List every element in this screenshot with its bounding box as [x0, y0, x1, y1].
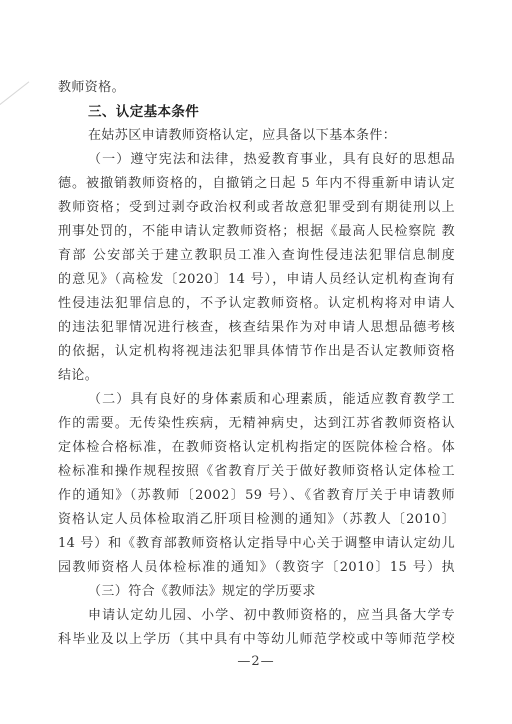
text-line: 性侵违法犯罪信息的，不予认定教师资格。认定机构将对申请人 — [58, 292, 455, 316]
text-line: 定体检合格标准，在教师资格认定机构指定的医院体检合格。体 — [58, 436, 455, 460]
page-number: —2— — [0, 654, 512, 669]
scan-artifact-line — [0, 81, 29, 105]
text-line: 刑事处罚的，不能申请认定教师资格；根据《最高人民检察院 教 — [58, 220, 455, 244]
text-line: 检标准和操作规程按照《省教育厅关于做好教师资格认定体检工 — [58, 460, 455, 484]
text-line: 的违法犯罪情况进行核查，核查结果作为对申请人思想品德考核 — [58, 316, 455, 340]
text-line: 结论。 — [58, 364, 455, 388]
text-line: 14 号）和《教育部教师资格认定指导中心关于调整申请认定幼儿 — [58, 532, 455, 556]
text-line: 申请认定幼儿园、小学、初中教师资格的，应当具备大学专 — [58, 604, 455, 628]
text-line: 作的通知》（苏教师〔2002〕59 号）、《省教育厅关于申请教师 — [58, 484, 455, 508]
text-line: 作的需要。无传染性疾病，无精神病史，达到江苏省教师资格认 — [58, 412, 455, 436]
text-line: （三）符合《教师法》规定的学历要求 — [58, 580, 455, 604]
text-line: 德。被撤销教师资格的，自撤销之日起 5 年内不得重新申请认定 — [58, 172, 455, 196]
text-line: 教师资格。 — [58, 76, 455, 100]
document-body: 教师资格。三、认定基本条件在姑苏区申请教师资格认定，应具备以下基本条件：（一）遵… — [58, 76, 455, 652]
text-line: （一）遵守宪法和法律，热爱教育事业，具有良好的思想品 — [58, 148, 455, 172]
section-heading: 三、认定基本条件 — [58, 100, 455, 124]
text-line: （二）具有良好的身体素质和心理素质，能适应教育教学工 — [58, 388, 455, 412]
text-line: 资格认定人员体检取消乙肝项目检测的通知》（苏教人〔2010〕 — [58, 508, 455, 532]
text-line: 育部 公安部关于建立教职员工准入查询性侵违法犯罪信息制度 — [58, 244, 455, 268]
text-line: 的意见》（高检发〔2020〕14 号），申请人员经认定机构查询有 — [58, 268, 455, 292]
text-line: 园教师资格人员体检标准的通知》（教资字〔2010〕15 号）执行。 — [58, 556, 455, 580]
text-line: 的依据，认定机构将视违法犯罪具体情节作出是否认定教师资格 — [58, 340, 455, 364]
text-line: 科毕业及以上学历（其中具有中等幼儿师范学校或中等师范学校 — [58, 628, 455, 652]
text-line: 教师资格；受到过剥夺政治权利或者故意犯罪受到有期徒刑以上 — [58, 196, 455, 220]
document-page: 教师资格。三、认定基本条件在姑苏区申请教师资格认定，应具备以下基本条件：（一）遵… — [0, 0, 512, 724]
text-line: 在姑苏区申请教师资格认定，应具备以下基本条件： — [58, 124, 455, 148]
